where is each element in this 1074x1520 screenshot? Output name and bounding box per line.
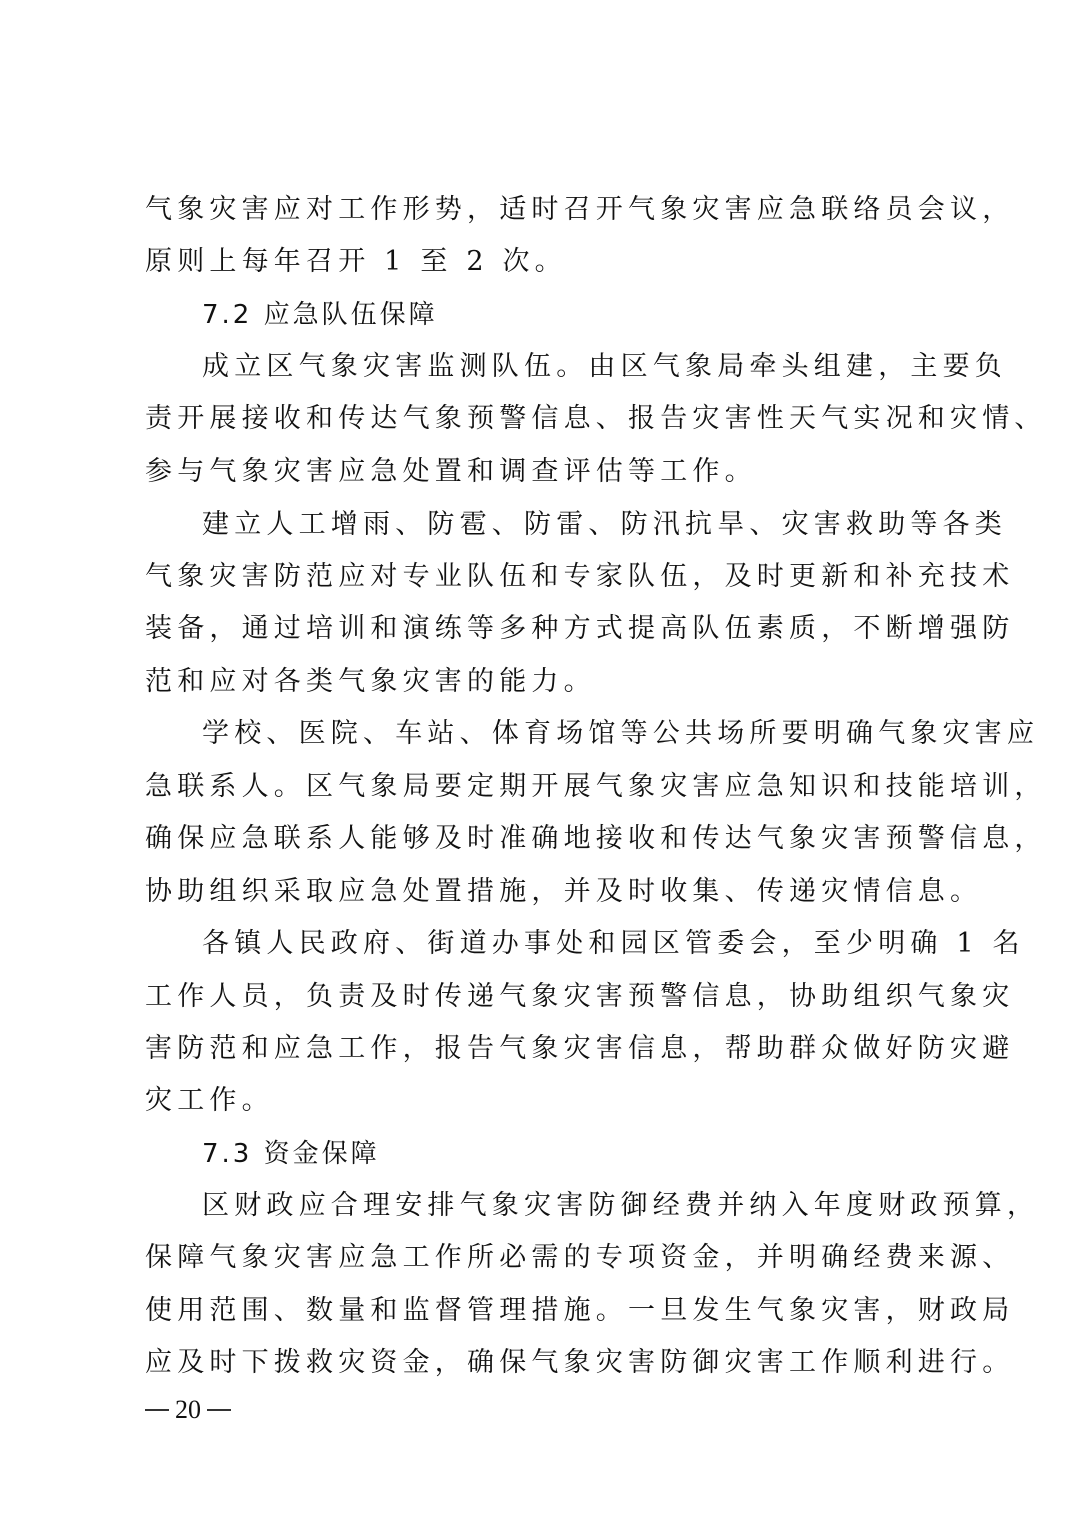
paragraph-line: 装备，通过培训和演练等多种方式提高队伍素质，不断增强防 [145,609,945,649]
paragraph-line: 责开展接收和传达气象预警信息、报告灾害性天气实况和灾情、 [145,399,945,439]
paragraph-line: 各镇人民政府、街道办事处和园区管委会，至少明确 1 名 [202,924,1002,964]
paragraph-line: 灾工作。 [145,1081,945,1121]
paragraph-line: 成立区气象灾害监测队伍。由区气象局牵头组建，主要负 [202,347,1002,387]
paragraph-line: 学校、医院、车站、体育场馆等公共场所要明确气象灾害应 [202,714,1002,754]
document-page: 气象灾害应对工作形势，适时召开气象灾害应急联络员会议，原则上每年召开 1 至 2… [0,0,1074,1520]
paragraph-line: 气象灾害应对工作形势，适时召开气象灾害应急联络员会议， [145,190,945,230]
section-heading: 7.3 资金保障 [202,1134,1002,1174]
paragraph-line: 气象灾害防范应对专业队伍和专家队伍，及时更新和补充技术 [145,557,945,597]
section-heading: 7.2 应急队伍保障 [202,295,1002,335]
paragraph-line: 使用范围、数量和监督管理措施。一旦发生气象灾害，财政局 [145,1291,945,1331]
paragraph-line: 区财政应合理安排气象灾害防御经费并纳入年度财政预算， [202,1186,1002,1226]
paragraph-line: 确保应急联系人能够及时准确地接收和传达气象灾害预警信息， [145,819,945,859]
paragraph-line: 原则上每年召开 1 至 2 次。 [145,242,945,282]
paragraph-line: 参与气象灾害应急处置和调查评估等工作。 [145,452,945,492]
page-number: 20 [175,1395,201,1425]
footer-dash-left [145,1409,169,1411]
paragraph-line: 工作人员，负责及时传递气象灾害预警信息，协助组织气象灾 [145,977,945,1017]
paragraph-line: 害防范和应急工作，报告气象灾害信息，帮助群众做好防灾避 [145,1029,945,1069]
paragraph-line: 急联系人。区气象局要定期开展气象灾害应急知识和技能培训， [145,767,945,807]
paragraph-line: 范和应对各类气象灾害的能力。 [145,662,945,702]
paragraph-line: 保障气象灾害应急工作所必需的专项资金，并明确经费来源、 [145,1238,945,1278]
paragraph-line: 协助组织采取应急处置措施，并及时收集、传递灾情信息。 [145,872,945,912]
paragraph-line: 应及时下拨救灾资金，确保气象灾害防御灾害工作顺利进行。 [145,1343,945,1383]
footer-dash-right [207,1409,231,1411]
page-footer: 20 [145,1395,231,1425]
paragraph-line: 建立人工增雨、防雹、防雷、防汛抗旱、灾害救助等各类 [202,505,1002,545]
